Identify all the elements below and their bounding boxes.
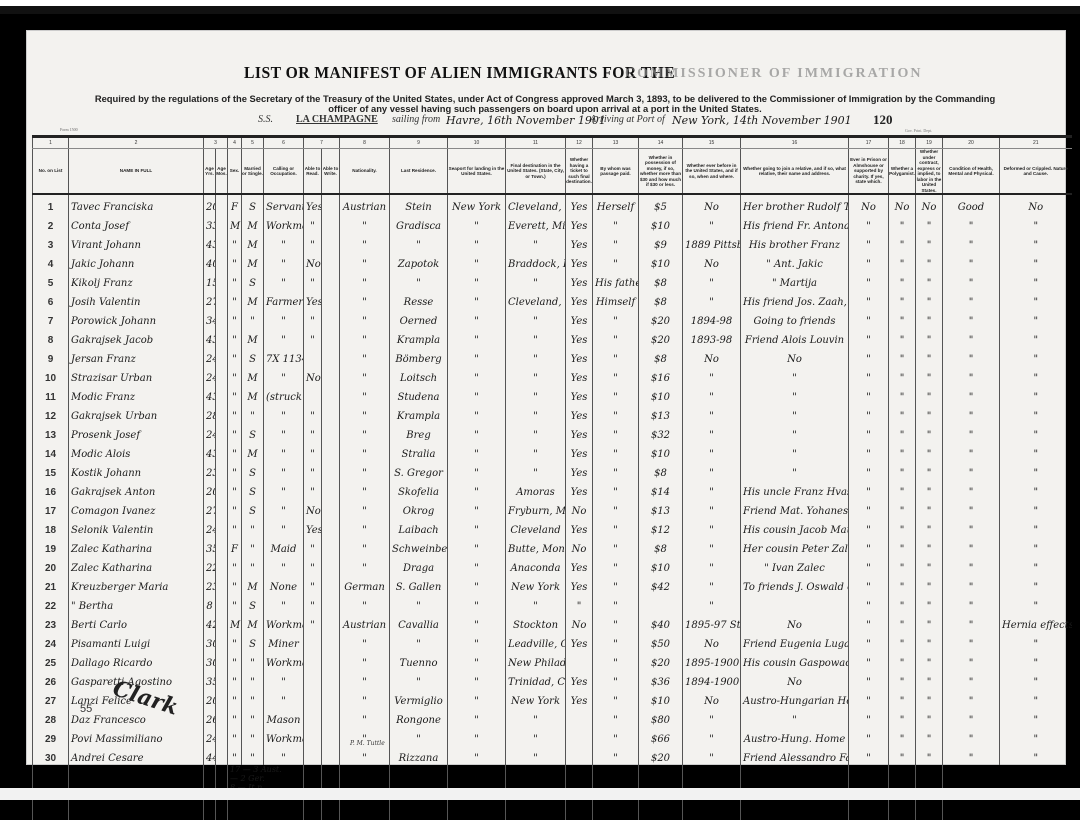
cell-dest: Anaconda <box>506 556 566 575</box>
cell-sex: " <box>228 347 242 366</box>
cell-occ: Workman <box>264 613 304 632</box>
cell-money: $42 <box>639 575 683 594</box>
cell-name: " Bertha <box>69 594 204 613</box>
cell-dest: Leadville, Colo. <box>506 632 566 651</box>
cell-res: Oerned <box>390 309 448 328</box>
cell-name: Pisamanti Luigi <box>69 632 204 651</box>
cell-sex: " <box>228 575 242 594</box>
cell-money: $40 <box>639 613 683 632</box>
cell-paid: " <box>593 347 639 366</box>
cell-read: " <box>304 233 322 252</box>
cell-prison: " <box>849 271 889 290</box>
cell-ticket <box>566 651 593 670</box>
cell-poly: " <box>889 556 916 575</box>
cell-ms: S <box>242 461 264 480</box>
cell-ms: M <box>242 252 264 271</box>
cell-joining: His brother Franz <box>741 233 849 252</box>
cell-health: " <box>943 689 1000 708</box>
cell-dest: " <box>506 461 566 480</box>
cell-read: No <box>304 366 322 385</box>
cell-ticket: Yes <box>566 347 593 366</box>
cell-occ: " <box>264 518 304 537</box>
cell-paid: " <box>593 727 639 746</box>
cell-joining <box>741 594 849 613</box>
cell-name: Berti Carlo <box>69 613 204 632</box>
cell-occ: " <box>264 480 304 499</box>
cell-ms: M <box>242 214 264 233</box>
cell-deformed: " <box>1000 309 1072 328</box>
cell-ms: S <box>242 480 264 499</box>
cell-money: $10 <box>639 689 683 708</box>
cell-dest: " <box>506 328 566 347</box>
cell-ticket: Yes <box>566 328 593 347</box>
cell-prison: " <box>849 537 889 556</box>
cell-before: " <box>683 271 741 290</box>
cell-port: " <box>448 347 506 366</box>
table-row: 2Conta Josef33MMWorkman""Gradisca"Everet… <box>33 214 1072 233</box>
cell-nat: " <box>340 556 390 575</box>
cell-write <box>322 194 340 214</box>
cell-poly: " <box>889 461 916 480</box>
table-row: 24Pisamanti Luigi30"SMiner"""Leadville, … <box>33 632 1072 651</box>
cell-ticket: Yes <box>566 214 593 233</box>
cell-before: No <box>683 347 741 366</box>
table-row: 30Andrei Cesare44""""Rizzana"""$20"Frien… <box>33 746 1072 765</box>
table-row: 13Prosenk Josef24"S"""Breg""Yes"$32"""""… <box>33 423 1072 442</box>
cell-port: " <box>448 689 506 708</box>
cell-write <box>322 480 340 499</box>
cell-yrs: 27 <box>204 290 216 309</box>
cell-mos <box>216 385 228 404</box>
cell-paid: " <box>593 233 639 252</box>
cell-write <box>322 746 340 765</box>
cell-no: 1 <box>33 194 69 214</box>
cell-ms: " <box>242 670 264 689</box>
cell-mos <box>216 480 228 499</box>
cell-no: 3 <box>33 233 69 252</box>
cell-port: " <box>448 499 506 518</box>
cell-contract: " <box>916 556 943 575</box>
cell-occ: (struck out) <box>264 385 304 404</box>
cell-read: " <box>304 537 322 556</box>
header-sex: Sex. <box>228 149 242 195</box>
cell-ticket: Yes <box>566 290 593 309</box>
cell-health: " <box>943 708 1000 727</box>
cell-ticket <box>566 727 593 746</box>
cell-sex: " <box>228 670 242 689</box>
cell-dest: Cleveland, Ohio <box>506 290 566 309</box>
cell-money: $13 <box>639 499 683 518</box>
cell-yrs: 35 <box>204 537 216 556</box>
cell-sex: " <box>228 252 242 271</box>
cell-joining: " Martija <box>741 271 849 290</box>
cell-poly: " <box>889 670 916 689</box>
cell-no: 5 <box>33 271 69 290</box>
cell-before: No <box>683 689 741 708</box>
header-residence: Last Residence. <box>390 149 448 195</box>
cell-ticket: Yes <box>566 632 593 651</box>
cell-name: Porowick Johann <box>69 309 204 328</box>
cell-mos <box>216 708 228 727</box>
col-num: 9 <box>390 137 448 149</box>
cell-name: Zalec Katharina <box>69 537 204 556</box>
cell-before: " <box>683 423 741 442</box>
cell-no: 10 <box>33 366 69 385</box>
cell-before: " <box>683 727 741 746</box>
cell-poly: " <box>889 328 916 347</box>
cell-ticket: Yes <box>566 670 593 689</box>
header-ticket: Whether having a ticket to such final de… <box>566 149 593 195</box>
cell-res: Krampla <box>390 328 448 347</box>
cell-yrs: 40 <box>204 252 216 271</box>
cell-yrs: 35 <box>204 670 216 689</box>
cell-yrs: 42 <box>204 613 216 632</box>
cell-joining: " <box>741 461 849 480</box>
cell-paid: " <box>593 689 639 708</box>
cell-name: Andrei Cesare <box>69 746 204 765</box>
bottom-border <box>0 788 1080 800</box>
cell-write <box>322 290 340 309</box>
cell-res: Skofelia <box>390 480 448 499</box>
cell-mos <box>216 727 228 746</box>
cell-occ: Workman <box>264 727 304 746</box>
cell-port: " <box>448 480 506 499</box>
cell-prison: " <box>849 708 889 727</box>
cell-paid: " <box>593 746 639 765</box>
cell-poly: No <box>889 194 916 214</box>
cell-paid: " <box>593 651 639 670</box>
cell-no: 28 <box>33 708 69 727</box>
table-row: 29Povi Massimiliano24""Workman"""""$66"A… <box>33 727 1072 746</box>
cell-name: Kostik Johann <box>69 461 204 480</box>
cell-ticket: Yes <box>566 461 593 480</box>
cell-ms: S <box>242 499 264 518</box>
cell-before: " <box>683 499 741 518</box>
cell-read <box>304 727 322 746</box>
cell-health: " <box>943 214 1000 233</box>
cell-ms: " <box>242 309 264 328</box>
cell-before: 1889 Pittsburg <box>683 233 741 252</box>
cell-health: " <box>943 613 1000 632</box>
cell-nat: " <box>340 461 390 480</box>
cell-ticket: Yes <box>566 194 593 214</box>
cell-before: " <box>683 575 741 594</box>
cell-no: 22 <box>33 594 69 613</box>
cell-mos <box>216 651 228 670</box>
cell-port: " <box>448 252 506 271</box>
cell-deformed: " <box>1000 480 1072 499</box>
cell-before: " <box>683 518 741 537</box>
cell-yrs: 23 <box>204 461 216 480</box>
cell-occ: Maid <box>264 537 304 556</box>
cell-name: Gakrajsek Jacob <box>69 328 204 347</box>
cell-poly: " <box>889 746 916 765</box>
cell-port: " <box>448 328 506 347</box>
cell-sex: " <box>228 442 242 461</box>
cell-ms: M <box>242 442 264 461</box>
totals-line: — 2 Ger. <box>230 774 301 783</box>
cell-res: S. Gallen <box>390 575 448 594</box>
cell-money: $5 <box>639 194 683 214</box>
cell-no: 4 <box>33 252 69 271</box>
cell-no: 30 <box>33 746 69 765</box>
table-row: 25Dallago Ricardo30""Workman"Tuenno"New … <box>33 651 1072 670</box>
cell-before: " <box>683 385 741 404</box>
cell-prison: " <box>849 480 889 499</box>
cell-money: $14 <box>639 480 683 499</box>
cell-health: " <box>943 670 1000 689</box>
cell-poly: " <box>889 423 916 442</box>
cell-res: Draga <box>390 556 448 575</box>
cell-deformed: " <box>1000 461 1072 480</box>
table-row: 11Modic Franz43"M(struck out)"Studena""Y… <box>33 385 1072 404</box>
cell-name: Gakrajsek Urban <box>69 404 204 423</box>
cell-mos <box>216 309 228 328</box>
cell-occ: 7X 11343-505-9-30-41 <box>264 347 304 366</box>
cell-sex: " <box>228 366 242 385</box>
cell-occ: " <box>264 461 304 480</box>
cell-contract: " <box>916 252 943 271</box>
cell-paid: " <box>593 537 639 556</box>
table-row: 4Jakic Johann40"M"No"Zapotok"Braddock, P… <box>33 252 1072 271</box>
cell-paid: " <box>593 461 639 480</box>
header-age-yrs: Age Yrs. <box>204 149 216 195</box>
cell-poly: " <box>889 366 916 385</box>
cell-money: $10 <box>639 442 683 461</box>
cell-poly: " <box>889 404 916 423</box>
cell-contract: " <box>916 746 943 765</box>
cell-sex: F <box>228 194 242 214</box>
cell-ms: M <box>242 366 264 385</box>
cell-contract: " <box>916 480 943 499</box>
cell-health: " <box>943 575 1000 594</box>
cell-dest: " <box>506 233 566 252</box>
cell-name: Kreuzberger Maria <box>69 575 204 594</box>
cell-write <box>322 328 340 347</box>
cell-nat: Austrian <box>340 613 390 632</box>
cell-poly: " <box>889 347 916 366</box>
cell-joining: No <box>741 613 849 632</box>
cell-deformed: " <box>1000 442 1072 461</box>
cell-port: " <box>448 727 506 746</box>
cell-deformed: " <box>1000 347 1072 366</box>
cell-write <box>322 708 340 727</box>
cell-sex: " <box>228 290 242 309</box>
cell-write <box>322 594 340 613</box>
cell-sex: M <box>228 613 242 632</box>
cell-deformed: " <box>1000 385 1072 404</box>
cell-joining: " <box>741 404 849 423</box>
cell-paid: " <box>593 518 639 537</box>
col-num: 19 <box>916 137 943 149</box>
cell-dest: Fryburn, Mich. <box>506 499 566 518</box>
cell-prison: No <box>849 194 889 214</box>
cell-joining: No <box>741 347 849 366</box>
cell-contract: " <box>916 214 943 233</box>
cell-health: " <box>943 651 1000 670</box>
document-title: LIST OR MANIFEST OF ALIEN IMMIGRANTS FOR… <box>244 63 675 83</box>
cell-port: " <box>448 651 506 670</box>
cell-deformed: " <box>1000 632 1072 651</box>
cell-no: 6 <box>33 290 69 309</box>
cell-prison: " <box>849 727 889 746</box>
cell-name: Virant Johann <box>69 233 204 252</box>
cell-ms: S <box>242 594 264 613</box>
col-num: 7 <box>304 137 340 149</box>
cell-write <box>322 689 340 708</box>
table-row: 9Jersan Franz24"S7X 11343-505-9-30-41"Bö… <box>33 347 1072 366</box>
cell-port: " <box>448 366 506 385</box>
cell-occ: Workman <box>264 651 304 670</box>
cell-money: $9 <box>639 233 683 252</box>
cell-before: " <box>683 556 741 575</box>
cell-yrs: 20 <box>204 689 216 708</box>
cell-yrs: 24 <box>204 518 216 537</box>
header-nationality: Nationality. <box>340 149 390 195</box>
cell-joining: Austro-Hungarian Home <box>741 689 849 708</box>
cell-nat: " <box>340 347 390 366</box>
cell-sex: " <box>228 689 242 708</box>
cell-write <box>322 347 340 366</box>
cell-yrs: 28 <box>204 404 216 423</box>
cell-read: " <box>304 480 322 499</box>
cell-res: Resse <box>390 290 448 309</box>
cell-nat: " <box>340 537 390 556</box>
cell-joining: Her brother Rudolf Tavec <box>741 194 849 214</box>
cell-health: " <box>943 328 1000 347</box>
cell-nat: " <box>340 252 390 271</box>
cell-write <box>322 309 340 328</box>
cell-sex: " <box>228 461 242 480</box>
cell-res: " <box>390 632 448 651</box>
cell-read <box>304 632 322 651</box>
header-deformed: Deformed or Crippled. Nature and Cause. <box>1000 149 1072 195</box>
col-num: 16 <box>741 137 849 149</box>
table-row: 16Gakrajsek Anton20"S"""Skofelia"AmorasY… <box>33 480 1072 499</box>
cell-sex: " <box>228 632 242 651</box>
cell-mos <box>216 499 228 518</box>
cell-name: Kikolj Franz <box>69 271 204 290</box>
cell-before: 1894-1900 <box>683 670 741 689</box>
cell-port: " <box>448 271 506 290</box>
cell-ticket: Yes <box>566 518 593 537</box>
cell-res: " <box>390 727 448 746</box>
cell-prison: " <box>849 252 889 271</box>
cell-money: $8 <box>639 290 683 309</box>
cell-no: 15 <box>33 461 69 480</box>
cell-read: " <box>304 214 322 233</box>
col-num: 11 <box>506 137 566 149</box>
table-row: 18Selonik Valentin24"""Yes"Laibach"Cleve… <box>33 518 1072 537</box>
cell-before: 1895-97 Stockton <box>683 613 741 632</box>
cell-read: " <box>304 423 322 442</box>
cell-contract: " <box>916 328 943 347</box>
cell-dest: Everett, Minn. <box>506 214 566 233</box>
cell-ticket: Yes <box>566 271 593 290</box>
cell-poly: " <box>889 214 916 233</box>
cell-before: " <box>683 537 741 556</box>
cell-prison: " <box>849 214 889 233</box>
cell-yrs: 20 <box>204 194 216 214</box>
cell-health: " <box>943 385 1000 404</box>
header-paid-by: By whom was passage paid. <box>593 149 639 195</box>
cell-deformed: " <box>1000 214 1072 233</box>
cell-res: Gradisca <box>390 214 448 233</box>
cell-yrs: 43 <box>204 233 216 252</box>
cell-dest: Amoras <box>506 480 566 499</box>
cell-joining: His cousin Jacob Maurer <box>741 518 849 537</box>
cell-joining: Friend Mat. Yohanes Box 33 <box>741 499 849 518</box>
cell-contract: " <box>916 499 943 518</box>
cell-read: No <box>304 499 322 518</box>
cell-nat: " <box>340 480 390 499</box>
cell-name: Jakic Johann <box>69 252 204 271</box>
cell-read: " <box>304 309 322 328</box>
cell-health: " <box>943 727 1000 746</box>
cell-yrs: 34 <box>204 309 216 328</box>
cell-money: $36 <box>639 670 683 689</box>
cell-mos <box>216 689 228 708</box>
cell-nat: " <box>340 404 390 423</box>
cell-ticket: Yes <box>566 366 593 385</box>
table-row: 14Modic Alois43"M"""Stralia""Yes"$10""""… <box>33 442 1072 461</box>
cell-ticket: Yes <box>566 404 593 423</box>
cell-no: 29 <box>33 727 69 746</box>
cell-res: Tuenno <box>390 651 448 670</box>
cell-health: " <box>943 480 1000 499</box>
cell-health: " <box>943 404 1000 423</box>
cell-nat: " <box>340 423 390 442</box>
table-row: 1Tavec Franciska20FSServantYesAustrianSt… <box>33 194 1072 214</box>
cell-paid: " <box>593 385 639 404</box>
cell-no: 13 <box>33 423 69 442</box>
cell-paid: Himself <box>593 290 639 309</box>
cell-prison: " <box>849 233 889 252</box>
cell-read: " <box>304 442 322 461</box>
cell-port: " <box>448 309 506 328</box>
cell-ms: " <box>242 556 264 575</box>
cell-before: " <box>683 404 741 423</box>
cell-prison: " <box>849 328 889 347</box>
cell-name: Conta Josef <box>69 214 204 233</box>
cell-nat: " <box>340 670 390 689</box>
cell-contract: " <box>916 404 943 423</box>
cell-nat: " <box>340 689 390 708</box>
cell-poly: " <box>889 537 916 556</box>
cell-ms: S <box>242 632 264 651</box>
cell-no: 27 <box>33 689 69 708</box>
header-write: Able to Write. <box>322 149 340 195</box>
cell-ms: " <box>242 746 264 765</box>
cell-occ: " <box>264 423 304 442</box>
cell-write <box>322 423 340 442</box>
cell-res: Schweinberg <box>390 537 448 556</box>
cell-poly: " <box>889 613 916 632</box>
table-row: 12Gakrajsek Urban28"""""Krampla""Yes"$13… <box>33 404 1072 423</box>
cell-dest: Cleveland, Ohio <box>506 194 566 214</box>
cell-ticket: Yes <box>566 423 593 442</box>
cell-ms: M <box>242 328 264 347</box>
cell-ticket: No <box>566 537 593 556</box>
cell-mos <box>216 575 228 594</box>
header-contract: Whether under contract, express or impli… <box>916 149 943 195</box>
form-number: Form 1500 <box>60 127 78 132</box>
cell-res: Okrog <box>390 499 448 518</box>
cell-ticket: " <box>566 594 593 613</box>
cell-sex: F <box>228 537 242 556</box>
cell-write <box>322 575 340 594</box>
header-occupation: Calling or Occupation. <box>264 149 304 195</box>
